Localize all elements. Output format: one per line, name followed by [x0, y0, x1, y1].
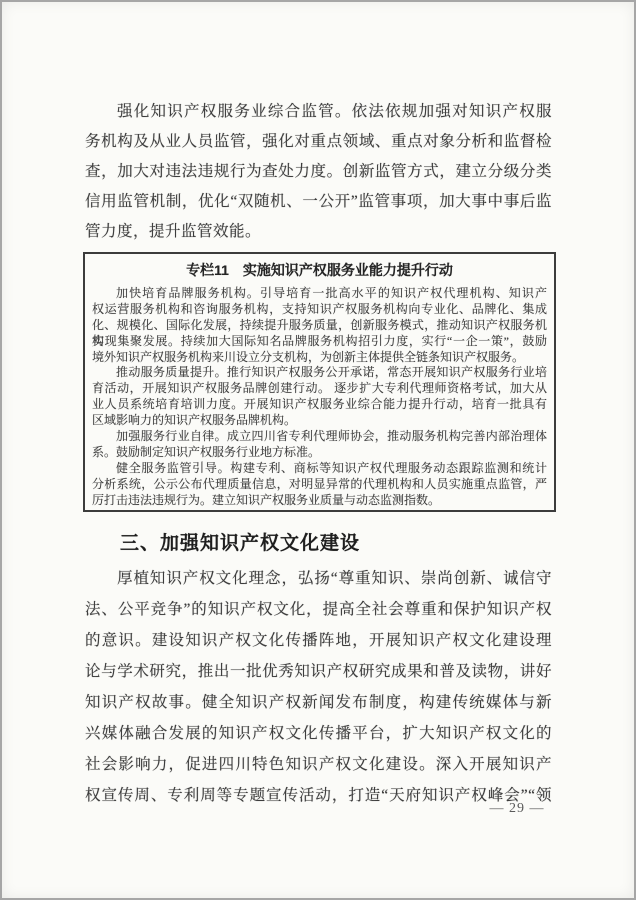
text-line: 厉打击违法违规行为。建立知识产权服务业质量与动态监测指数。 [92, 493, 547, 509]
text-line: 实现集聚发展。持续加大国际知名品牌服务机构招引力度，实行“一企一策”，鼓励 [92, 334, 547, 350]
body-paragraph-supervision: 强化知识产权服务业综合监管。依法依规加强对知识产权服 务机构及从业人员监管，强化… [85, 97, 552, 247]
body-paragraph-culture: 厚植知识产权文化理念，弘扬“尊重知识、崇尚创新、诚信守 法、公平竞争”的知识产权… [85, 563, 552, 811]
text-line: 的意识。建设知识产权文化传播阵地，开展知识产权文化建设理 [85, 625, 552, 656]
text-line: 厚植知识产权文化理念，弘扬“尊重知识、崇尚创新、诚信守 [85, 563, 552, 594]
callout-box-body: 加快培育品牌服务机构。引导培育一批高水平的知识产权代理机构、知识产 权运营服务机… [92, 286, 547, 508]
text-line: 务机构及从业人员监管，强化对重点领域、重点对象分析和监督检 [85, 127, 552, 157]
text-line: 育活动，开展知识产权服务品牌创建行动。 逐步扩大专利代理师资格考试，加大从 [92, 381, 547, 397]
text-line: 兴媒体融合发展的知识产权文化传播平台，扩大知识产权文化的 [85, 718, 552, 749]
text-line: 境外知识产权服务机构来川设立分支机构，为创新主体提供全链条知识产权服务。 [92, 350, 547, 366]
section-heading: 三、加强知识产权文化建设 [120, 528, 360, 555]
text-line: 管力度，提升监管效能。 [85, 217, 552, 247]
text-line: 查，加大对违法违规行为查处力度。创新监管方式，建立分级分类 [85, 157, 552, 187]
text-line: 信用监管机制，优化“双随机、一公开”监管事项，加大事中事后监 [85, 187, 552, 217]
text-line: 加强服务行业自律。成立四川省专利代理师协会，推动服务机构完善内部治理体 [92, 429, 547, 445]
page-number: — 29 — [462, 801, 572, 817]
text-line: 健全服务监管引导。构建专利、商标等知识产权代理服务动态跟踪监测和统计 [92, 461, 547, 477]
callout-box-title: 专栏11 实施知识产权服务业能力提升行动 [85, 260, 554, 280]
text-line: 社会影响力，促进四川特色知识产权文化建设。深入开展知识产 [85, 749, 552, 780]
text-line: 区域影响力的知识产权服务品牌机构。 [92, 413, 547, 429]
text-line: 加快培育品牌服务机构。引导培育一批高水平的知识产权代理机构、知识产 [92, 286, 547, 302]
text-line: 权运营服务机构和咨询服务机构，支持知识产权服务机构向专业化、品牌化、集成 [92, 302, 547, 318]
text-line: 法、公平竞争”的知识产权文化，提高全社会尊重和保护知识产权 [85, 594, 552, 625]
callout-box-column-11: 专栏11 实施知识产权服务业能力提升行动 加快培育品牌服务机构。引导培育一批高水… [83, 252, 556, 512]
text-line: 系。鼓励制定知识产权服务行业地方标准。 [92, 445, 547, 461]
text-line: 业人员系统培育培训力度。开展知识产权服务业综合能力提升行动，培育一批具有 [92, 397, 547, 413]
text-line: 推动服务质量提升。推行知识产权服务公开承诺，常态开展知识产权服务行业培 [92, 365, 547, 381]
text-line: 强化知识产权服务业综合监管。依法依规加强对知识产权服 [85, 97, 552, 127]
text-line: 化、规模化、国际化发展，持续提升服务质量，创新服务模式，推动知识产权服务机构 [92, 318, 547, 334]
text-line: 论与学术研究，推出一批优秀知识产权研究成果和普及读物，讲好 [85, 656, 552, 687]
text-line: 知识产权故事。健全知识产权新闻发布制度，构建传统媒体与新 [85, 687, 552, 718]
text-line: 分析系统，公示公布代理质量信息，对明显异常的代理机构和人员实施重点监管，严 [92, 477, 547, 493]
